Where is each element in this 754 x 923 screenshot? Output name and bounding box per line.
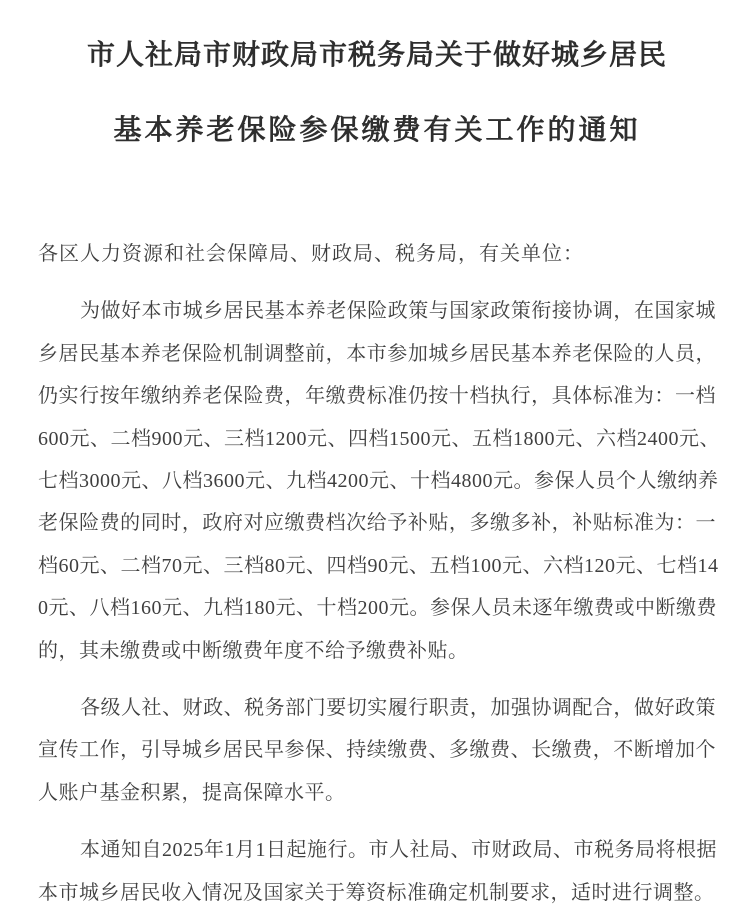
- paragraph-payment-standards: 为做好本市城乡居民基本养老保险政策与国家政策衔接协调，在国家城 乡居民基本养老保…: [38, 290, 716, 672]
- document-line: 宣传工作，引导城乡居民早参保、持续缴费、多缴费、长缴费，不断增加个: [38, 729, 716, 771]
- document-line: 为做好本市城乡居民基本养老保险政策与国家政策衔接协调，在国家城: [38, 290, 716, 332]
- document-salutation: 各区人力资源和社会保障局、财政局、税务局，有关单位：: [38, 233, 716, 275]
- document-title-line2: 基本养老保险参保缴费有关工作的通知: [38, 111, 716, 151]
- document-line: 档60元、二档70元、三档80元、四档90元、五档100元、六档120元、七档1…: [38, 545, 716, 587]
- document-line: 人账户基金积累，提高保障水平。: [38, 772, 716, 814]
- document-line: 的，其未缴费或中断缴费年度不给予缴费补贴。: [38, 630, 716, 672]
- document-line: 本通知自2025年1月1日起施行。市人社局、市财政局、市税务局将根据: [38, 829, 716, 871]
- paragraph-effective-date: 本通知自2025年1月1日起施行。市人社局、市财政局、市税务局将根据 本市城乡居…: [38, 829, 716, 914]
- paragraph-department-duties: 各级人社、财政、税务部门要切实履行职责，加强协调配合，做好政策 宣传工作，引导城…: [38, 687, 716, 814]
- document-title-line1: 市人社局市财政局市税务局关于做好城乡居民: [38, 36, 716, 76]
- document-line: 乡居民基本养老保险机制调整前，本市参加城乡居民基本养老保险的人员，: [38, 333, 716, 375]
- notice-document-page: 市人社局市财政局市税务局关于做好城乡居民 基本养老保险参保缴费有关工作的通知 各…: [0, 0, 754, 923]
- document-line: 老保险费的同时，政府对应缴费档次给予补贴，多缴多补，补贴标准为：一: [38, 502, 716, 544]
- document-line: 600元、二档900元、三档1200元、四档1500元、五档1800元、六档24…: [38, 418, 716, 460]
- document-line: 0元、八档160元、九档180元、十档200元。参保人员未逐年缴费或中断缴费: [38, 587, 716, 629]
- document-line: 七档3000元、八档3600元、九档4200元、十档4800元。参保人员个人缴纳…: [38, 460, 716, 502]
- document-line: 仍实行按年缴纳养老保险费，年缴费标准仍按十档执行，具体标准为：一档: [38, 375, 716, 417]
- document-line: 各级人社、财政、税务部门要切实履行职责，加强协调配合，做好政策: [38, 687, 716, 729]
- document-line: 本市城乡居民收入情况及国家关于筹资标准确定机制要求，适时进行调整。: [38, 872, 716, 914]
